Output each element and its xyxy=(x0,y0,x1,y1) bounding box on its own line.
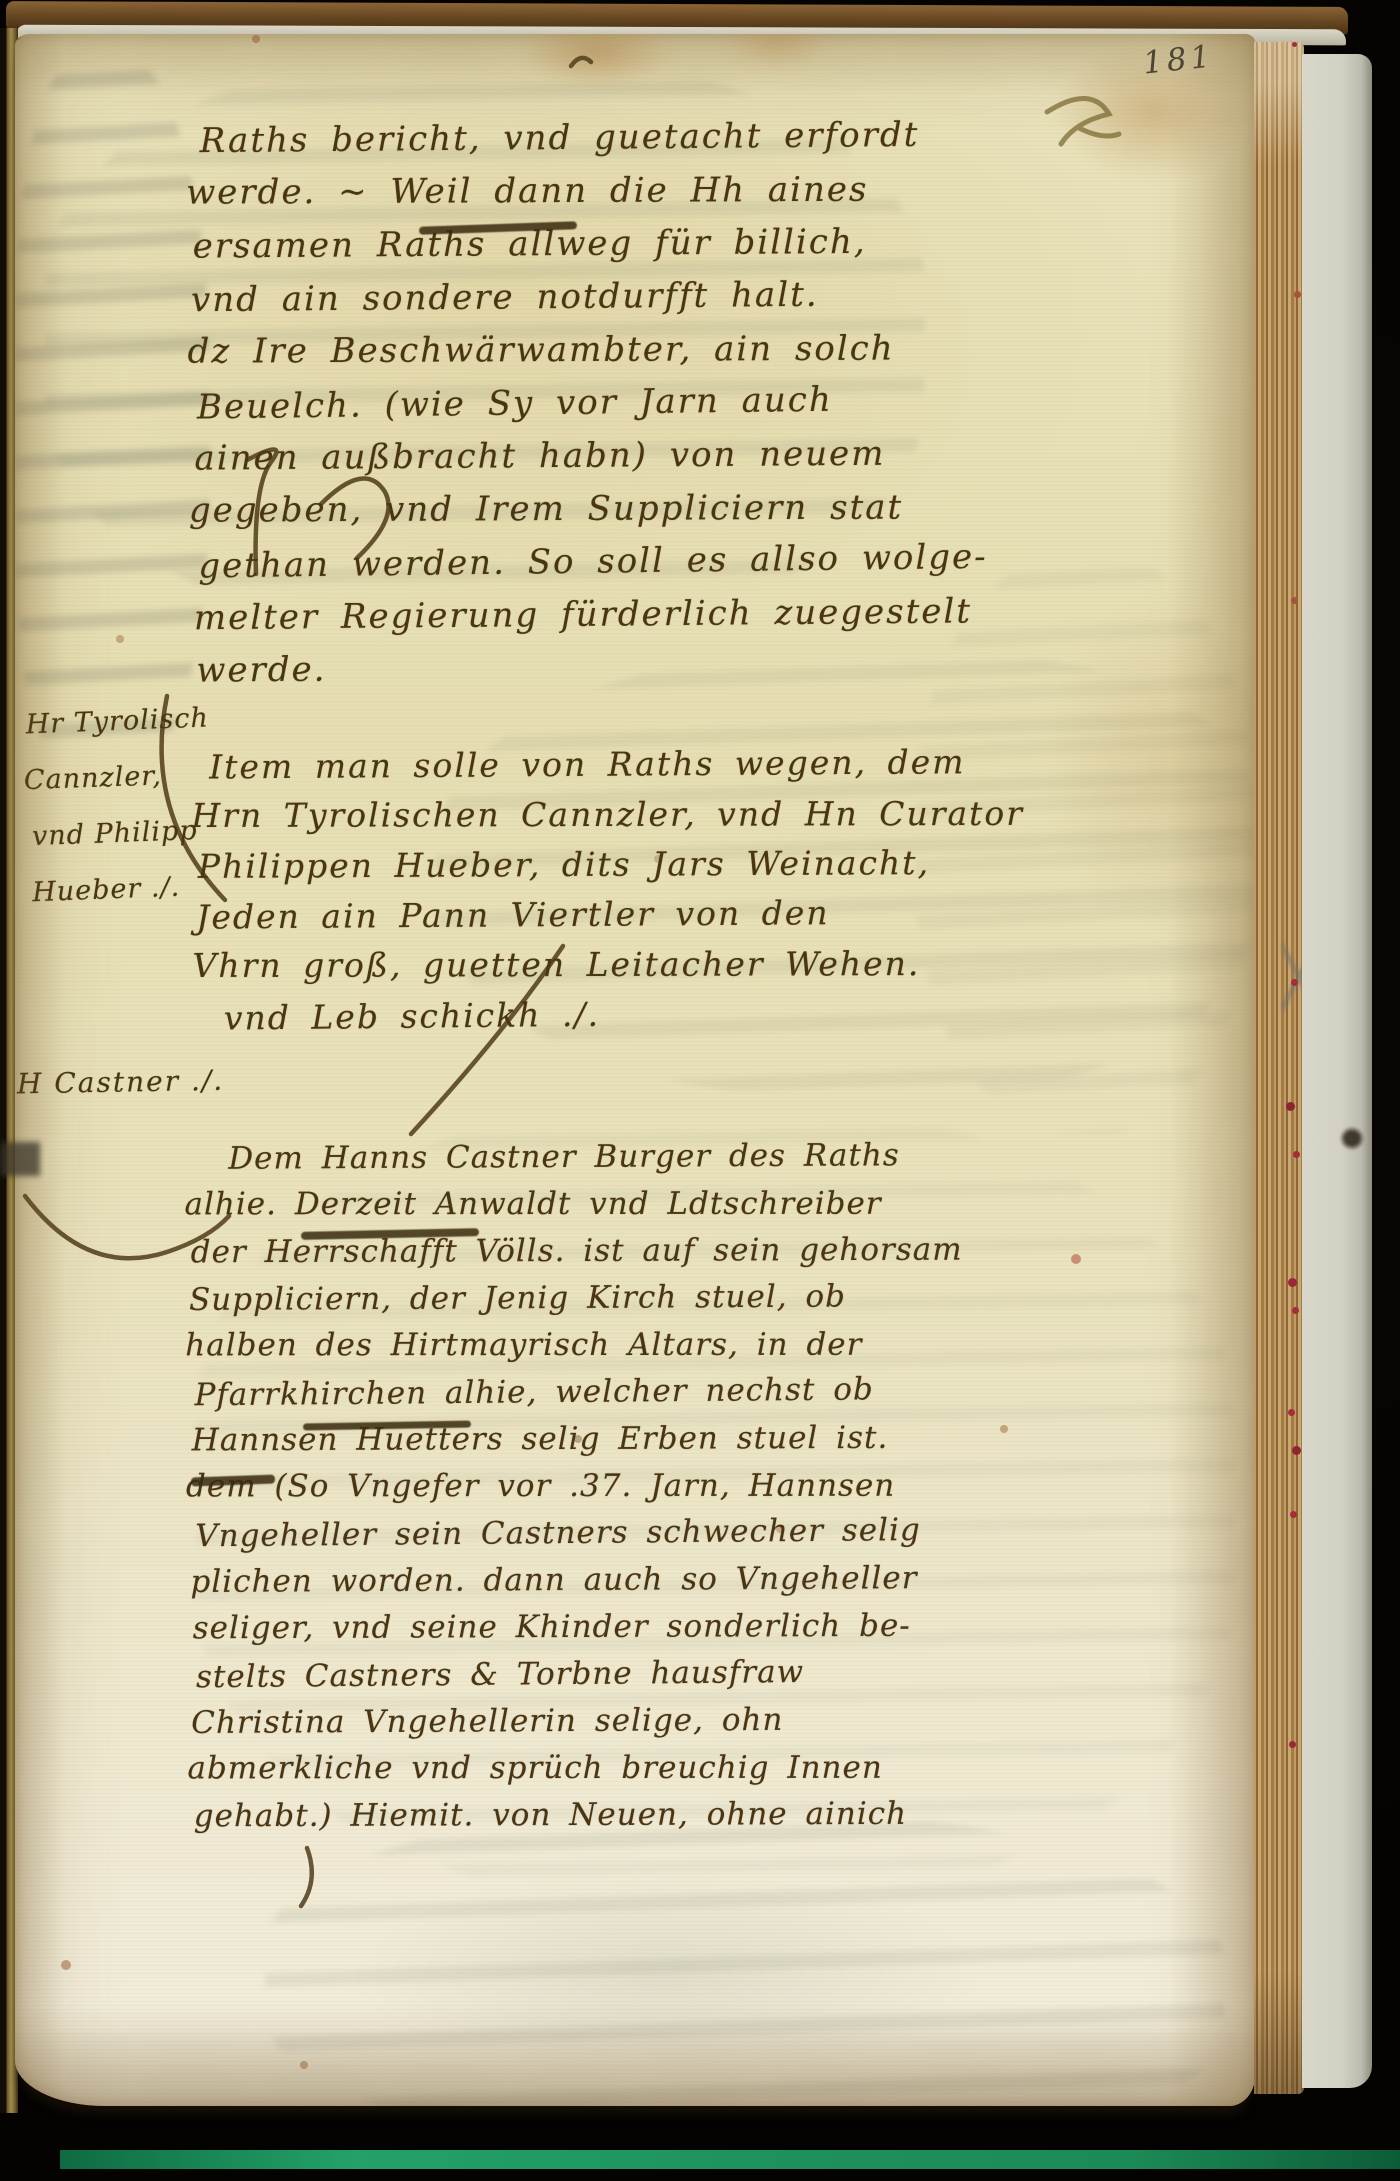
manuscript-line: Dem Hanns Castner Burger des Raths xyxy=(228,1132,948,1183)
manuscript-line: dem (So Vngefer vor .37. Jarn, Hannsen xyxy=(186,1463,946,1511)
manuscript-line: Jeden ain Pann Viertler von den xyxy=(196,887,936,942)
manuscript-line: gethan werden. So soll es allso wolge- xyxy=(198,531,939,593)
entry-paragraph-1: Raths bericht, vnd guetacht erfordt werd… xyxy=(189,109,934,698)
page-corner-fold xyxy=(1296,2000,1374,2096)
manuscript-line: alhie. Derzeit Anwaldt vnd Ldtschreiber xyxy=(185,1181,945,1229)
olive-flourish xyxy=(1047,98,1119,144)
manuscript-line: stelts Castners & Torbne hausfraw xyxy=(196,1648,956,1702)
manuscript-line: plichen worden. dann auch so Vngeheller xyxy=(190,1555,950,1606)
insertion-caret xyxy=(571,58,591,66)
edge-ink-blot xyxy=(1338,1124,1366,1160)
underlying-page-edge xyxy=(1302,54,1372,2088)
manuscript-scan: 181 Raths bericht, vnd guetacht erfordt … xyxy=(0,0,1400,2181)
stain xyxy=(721,34,831,70)
manuscript-line: dz Ire Beschwärwambter, ain solch xyxy=(187,322,927,378)
manuscript-line: melter Regierung fürderlich zuegestelt xyxy=(194,586,934,645)
manuscript-line: Christina Vngehellerin selige, ohn xyxy=(191,1696,951,1747)
fore-edge xyxy=(1254,42,1304,2094)
manuscript-line: ainen außbracht habn) von neuem xyxy=(194,427,934,485)
manuscript-line: vnd ain sondere notdurfft halt. xyxy=(191,268,931,327)
manuscript-line: Suppliciern, der Jenig Kirch stuel, ob xyxy=(189,1273,949,1324)
scanner-color-strip xyxy=(60,2150,1400,2169)
stain xyxy=(1045,594,1255,934)
manuscript-line: vnd Leb schickh ./. xyxy=(224,986,942,1044)
red-speckles xyxy=(1292,42,1297,47)
margin-note-castner: H Castner ./. xyxy=(17,1060,288,1105)
pen-flourish xyxy=(301,1848,312,1906)
manuscript-page: 181 Raths bericht, vnd guetacht erfordt … xyxy=(15,34,1255,2106)
stain xyxy=(345,1874,985,2074)
manuscript-line: Hrn Tyrolischen Cannzler, vnd Hn Curator xyxy=(191,789,931,841)
margin-note-line: Hr Tyrolisch xyxy=(25,691,202,754)
manuscript-line: werde. ~ Weil dann die Hh aines xyxy=(186,163,926,219)
ink-bleedthrough xyxy=(265,1814,1225,2106)
manuscript-line: werde. xyxy=(196,639,936,697)
margin-note-line: Cannzler, xyxy=(23,747,200,809)
manuscript-line: Hannsen Huetters selig Erben stuel ist. xyxy=(192,1415,952,1465)
stain xyxy=(523,34,673,88)
ink-bleedthrough xyxy=(15,54,210,774)
manuscript-line: Pfarrkhirchen alhie, welcher nechst ob xyxy=(194,1366,954,1420)
manuscript-line: Raths bericht, vnd guetacht erfordt xyxy=(199,109,929,168)
manuscript-line: Beuelch. (wie Sy vor Jarn auch xyxy=(197,372,938,434)
manuscript-line: halben des Hirtmayrisch Altars, in der xyxy=(185,1322,945,1370)
manuscript-line: seliger, vnd seine Khinder sonderlich be… xyxy=(193,1603,953,1653)
manuscript-line: gegeben, vnd Irem Suppliciern stat xyxy=(189,481,929,537)
manuscript-line: Vhrn groß, guetten Leitacher Wehen. xyxy=(192,939,932,991)
margin-note-line: H Castner ./. xyxy=(17,1060,288,1105)
entry-paragraph-2: Item man solle von Raths wegen, dem Hrn … xyxy=(195,737,937,1042)
margin-note-tyrol-chancellor: Hr Tyrolisch Cannzler, vnd Philipp Huebe… xyxy=(25,691,208,922)
folio-number: 181 xyxy=(1141,38,1216,81)
margin-note-line: vnd Philipp xyxy=(31,803,208,865)
edge-smudge xyxy=(0,1142,40,1176)
margin-note-line: Hueber ./. xyxy=(31,859,208,922)
manuscript-line: Item man solle von Raths wegen, dem xyxy=(209,737,935,792)
ink-bleedthrough xyxy=(915,554,1255,1134)
manuscript-line: Vngeheller sein Castners schwecher selig xyxy=(195,1507,955,1561)
manuscript-line: gehabt.) Hiemit. von Neuen, ohne ainich xyxy=(194,1791,954,1841)
manuscript-line: Philippen Hueber, dits Jars Weinacht, xyxy=(198,838,938,892)
manuscript-line: abmerkliche vnd sprüch breuchig Innen xyxy=(187,1745,947,1793)
